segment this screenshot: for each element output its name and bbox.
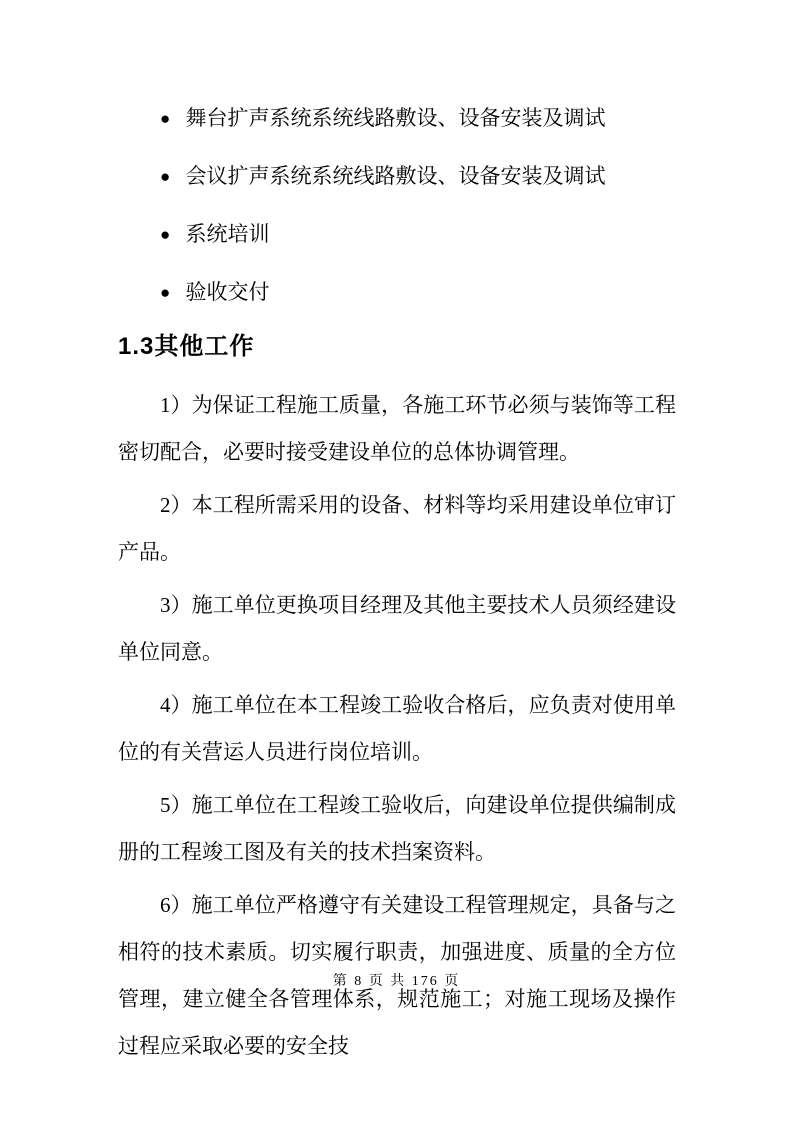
section-heading: 1.3其他工作 (118, 334, 676, 360)
bullet-text: 验收交付 (186, 280, 270, 304)
list-item: ● 会议扩声系统系统线路敷设、设备安装及调试 (160, 166, 676, 187)
bullet-icon: ● (160, 166, 170, 187)
bullet-icon: ● (160, 108, 170, 129)
list-item: ● 舞台扩声系统系统线路敷设、设备安装及调试 (160, 108, 676, 129)
paragraph: 3）施工单位更换项目经理及其他主要技术人员须经建设单位同意。 (118, 582, 676, 676)
paragraph: 5）施工单位在工程竣工验收后，向建设单位提供编制成册的工程竣工图及有关的技术挡案… (118, 782, 676, 876)
bullet-list: ● 舞台扩声系统系统线路敷设、设备安装及调试 ● 会议扩声系统系统线路敷设、设备… (118, 108, 676, 303)
paragraph: 4）施工单位在本工程竣工验收合格后，应负责对使用单位的有关营运人员进行岗位培训。 (118, 682, 676, 776)
list-item: ● 系统培训 (160, 224, 676, 245)
bullet-text: 会议扩声系统系统线路敷设、设备安装及调试 (186, 164, 606, 188)
page-footer: 第 8 页 共 176 页 (0, 970, 793, 990)
bullet-icon: ● (160, 282, 170, 303)
bullet-icon: ● (160, 224, 170, 245)
paragraph: 1）为保证工程施工质量，各施工环节必须与装饰等工程密切配合，必要时接受建设单位的… (118, 382, 676, 476)
list-item: ● 验收交付 (160, 282, 676, 303)
paragraph: 2）本工程所需采用的设备、材料等均采用建设单位审订产品。 (118, 482, 676, 576)
bullet-text: 系统培训 (186, 222, 270, 246)
document-page: ● 舞台扩声系统系统线路敷设、设备安装及调试 ● 会议扩声系统系统线路敷设、设备… (0, 0, 793, 1122)
bullet-text: 舞台扩声系统系统线路敷设、设备安装及调试 (186, 106, 606, 130)
